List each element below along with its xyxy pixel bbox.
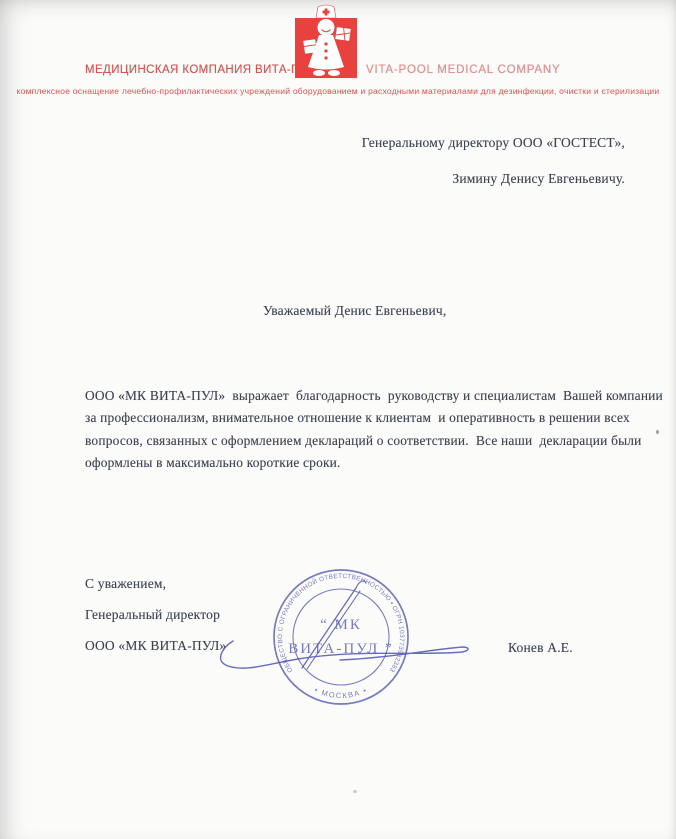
- scan-speck: [353, 790, 357, 793]
- scanned-letter-page: МЕДИЦИНСКАЯ КОМПАНИЯ ВИТА-ПУЛ: [0, 0, 676, 839]
- signer-name: Конев А.Е.: [508, 640, 573, 656]
- salutation: Уважаемый Денис Евгеньевич,: [263, 303, 446, 319]
- signer-title: Генеральный директор: [85, 607, 220, 623]
- body-line: вопросов, связанных с оформлением деклар…: [85, 430, 630, 452]
- letterhead-tagline: комплексное оснащение лечебно-профилакти…: [0, 86, 676, 96]
- body-line: ООО «МК ВИТА-ПУЛ» выражает благодарность…: [85, 385, 630, 407]
- scan-speck: [656, 430, 659, 434]
- signer-company: ООО «МК ВИТА-ПУЛ»: [85, 638, 226, 654]
- recipient-line-2: Зимину Денису Евгеньевичу.: [362, 171, 625, 187]
- recipient-line-1: Генеральному директору ООО «ГОСТЕСТ»,: [362, 135, 625, 151]
- handwritten-signature: [210, 568, 482, 690]
- company-name-en: VITA-POOL MEDICAL COMPANY: [366, 64, 560, 76]
- body-line: оформлены в максимально короткие сроки.: [85, 452, 630, 474]
- body-line: за профессионализм, внимательное отношен…: [85, 407, 630, 429]
- recipient-block: Генеральному директору ООО «ГОСТЕСТ», Зи…: [362, 135, 625, 187]
- nurse-with-gifts-icon: [294, 4, 358, 80]
- body-paragraph: ООО «МК ВИТА-ПУЛ» выражает благодарность…: [85, 385, 630, 474]
- company-name-ru: МЕДИЦИНСКАЯ КОМПАНИЯ ВИТА-ПУЛ: [85, 64, 315, 76]
- closing-line: С уважением,: [85, 576, 166, 592]
